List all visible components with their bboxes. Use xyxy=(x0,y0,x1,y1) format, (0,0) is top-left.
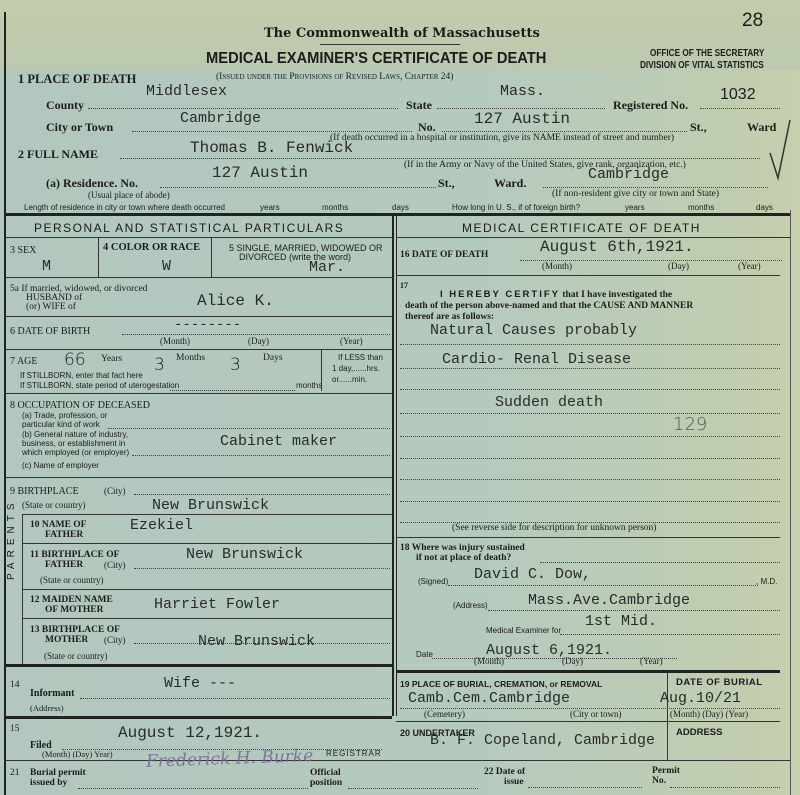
dod-day-sub: (Day) xyxy=(668,261,689,271)
burial-permit-number: 21 xyxy=(10,768,20,778)
street-value: 127 Austin xyxy=(474,110,570,128)
injury-label-2: if not at place of death? xyxy=(416,553,511,563)
city-town-sub: (City or town) xyxy=(570,709,622,719)
cert-date-label: Date xyxy=(416,650,433,659)
residence-st-label: St., xyxy=(438,176,455,191)
permit-line xyxy=(670,787,780,788)
cemetery-sub: (Cemetery) xyxy=(424,709,465,719)
mother-bp-label-2: MOTHER xyxy=(45,635,88,645)
residence-line xyxy=(160,187,436,188)
father-birthplace-value: New Brunswick xyxy=(186,546,303,563)
nonresident-note: (If non-resident give city or town and S… xyxy=(552,189,719,199)
occ-b-1: (b) General nature of industry, xyxy=(22,430,128,439)
less-than-2: 1 day,......hrs. xyxy=(332,364,380,373)
issue-date-label-2: issue xyxy=(504,777,524,787)
length-days: days xyxy=(392,203,409,212)
right-border xyxy=(790,210,791,795)
birthplace-line xyxy=(134,494,390,495)
certify-number: 17 xyxy=(400,281,408,290)
rule xyxy=(4,349,392,350)
cert-date-day-sub: (Day) xyxy=(562,656,583,666)
signed-value: David C. Dow, xyxy=(474,566,591,583)
state-value: Mass. xyxy=(500,83,545,100)
dob-day-sub: (Day) xyxy=(248,336,269,346)
us-months: months xyxy=(688,203,714,212)
informant-label: Informant xyxy=(30,688,74,699)
burial-date-sub: (Month) (Day) (Year) xyxy=(670,709,748,719)
injury-line xyxy=(540,562,780,563)
occ-b-3: which employed (or employer) xyxy=(22,448,129,457)
rule xyxy=(98,237,99,277)
page-number: 28 xyxy=(742,10,763,32)
cause-rule xyxy=(400,501,780,502)
mother-label-2: OF MOTHER xyxy=(45,605,104,615)
city-line xyxy=(132,131,412,132)
center-divider xyxy=(392,216,394,716)
filed-number: 15 xyxy=(10,724,20,734)
occ-c: (c) Name of employer xyxy=(22,461,99,470)
personal-section-title: PERSONAL AND STATISTICAL PARTICULARS xyxy=(34,221,344,235)
mother-bp-state-sub: (State or country) xyxy=(44,651,107,661)
sex-value: M xyxy=(42,258,51,275)
office-line-2: DIVISION OF VITAL STATISTICS xyxy=(640,60,764,71)
certify-line-1: I HEREBY CERTIFY that I have investigate… xyxy=(440,289,672,300)
father-bp-line xyxy=(134,568,390,569)
color-value: W xyxy=(162,258,171,275)
registered-line xyxy=(700,108,780,109)
cause-line-2: Cardio- Renal Disease xyxy=(442,351,631,368)
official-label-2: position xyxy=(310,778,342,788)
state-label: State xyxy=(406,98,432,113)
color-label: 4 COLOR OR RACE xyxy=(103,242,200,253)
county-label: County xyxy=(46,98,84,113)
injury-label-1: 18 Where was injury sustained xyxy=(400,543,525,553)
undertaker-value: B. F. Copeland, Cambridge xyxy=(430,732,655,749)
examiner-for-value: 1st Mid. xyxy=(585,613,657,630)
length-months: months xyxy=(322,203,348,212)
age-months-value: 3 xyxy=(154,355,165,375)
section-top-rule xyxy=(4,213,790,216)
birthplace-city-sub: (City) xyxy=(104,486,126,496)
burial-place-value: Camb.Cem.Cambridge xyxy=(408,690,570,707)
dod-month-sub: (Month) xyxy=(542,261,572,271)
burial-permit-line xyxy=(78,788,308,789)
address-line xyxy=(488,610,780,611)
full-name-label: 2 FULL NAME xyxy=(18,147,98,162)
rule xyxy=(4,393,392,394)
certify-bold: I HEREBY CERTIFY xyxy=(440,289,560,300)
father-bp-label-1: 11 BIRTHPLACE OF xyxy=(30,550,119,560)
certify-rest: that I have investigated the xyxy=(560,290,672,300)
residence-sub: (Usual place of abode) xyxy=(88,190,170,200)
spouse-label-3: (or) WIFE of xyxy=(26,302,76,312)
dob-value: -------- xyxy=(174,317,241,333)
rule xyxy=(4,477,392,478)
county-line xyxy=(88,108,398,109)
cert-date-value: August 6,1921. xyxy=(486,642,612,659)
residence-label: (a) Residence. No. xyxy=(46,176,138,191)
informant-number: 14 xyxy=(10,680,20,690)
rule xyxy=(211,237,212,277)
full-name-value: Thomas B. Fenwick xyxy=(190,139,353,157)
marital-value: Mar. xyxy=(309,259,345,276)
rule xyxy=(4,716,392,719)
left-border xyxy=(4,12,6,795)
birthplace-label: 9 BIRTHPLACE xyxy=(10,486,79,497)
rule xyxy=(396,670,780,673)
full-name-line xyxy=(120,158,760,159)
rule xyxy=(22,589,392,590)
father-label-1: 10 NAME OF xyxy=(30,520,86,530)
cert-date-month-sub: (Month) xyxy=(474,656,504,666)
res-city-line xyxy=(543,187,768,188)
certificate-subtitle: (Issued under the Provisions of Revised … xyxy=(216,72,453,82)
spouse-value: Alice K. xyxy=(197,292,274,310)
medical-section-title: MEDICAL CERTIFICATE OF DEATH xyxy=(462,221,701,235)
cause-rule xyxy=(400,458,780,459)
registered-number: 1032 xyxy=(720,86,756,104)
certificate-paper xyxy=(0,0,800,795)
length-residence-label: Length of residence in city or town wher… xyxy=(24,203,225,212)
center-divider-2 xyxy=(396,216,397,716)
rule xyxy=(4,237,392,238)
occ-a-1: (a) Trade, profession, or xyxy=(22,411,107,420)
informant-value: Wife --- xyxy=(164,675,236,692)
father-label-2: FATHER xyxy=(45,530,83,540)
mother-birthplace-value: New Brunswick xyxy=(198,633,315,650)
days-label: Days xyxy=(263,353,283,363)
official-label-1: Official xyxy=(310,768,341,778)
cause-line-3: Sudden death xyxy=(495,394,603,411)
permit-no-label-2: No. xyxy=(652,776,666,786)
cause-rule xyxy=(400,389,780,390)
less-than-1: If LESS than xyxy=(338,353,383,362)
occupation-value: Cabinet maker xyxy=(220,433,337,450)
commonwealth-heading: The Commonwealth of Massachusetts xyxy=(264,26,540,41)
residence-ward-label: Ward. xyxy=(494,176,526,191)
mother-bp-label-1: 13 BIRTHPLACE OF xyxy=(30,625,120,635)
dob-year-sub: (Year) xyxy=(340,336,363,346)
certify-line-2: death of the person above-named and that… xyxy=(405,301,693,311)
certificate-title: MEDICAL EXAMINER'S CERTIFICATE OF DEATH xyxy=(206,50,546,68)
dob-line xyxy=(122,334,390,335)
rule xyxy=(396,721,780,722)
birthplace-value: New Brunswick xyxy=(152,497,269,514)
mother-bp-city-sub: (City) xyxy=(104,635,126,645)
cert-date-year-sub: (Year) xyxy=(640,656,663,666)
informant-line xyxy=(80,698,390,699)
official-line xyxy=(348,788,478,789)
registrar-label: REGISTRAR xyxy=(326,749,382,758)
cause-rule xyxy=(400,344,780,345)
cause-rule xyxy=(400,436,780,437)
occ-a-2: particular kind of work xyxy=(22,420,100,429)
examiner-label: Medical Examiner for xyxy=(486,626,561,635)
stillborn-line-1: If STILLBORN, enter that fact here xyxy=(20,371,143,380)
age-label: 7 AGE xyxy=(10,356,38,367)
state-line xyxy=(437,108,605,109)
residence-city-value: Cambridge xyxy=(588,166,669,183)
registered-label: Registered No. xyxy=(613,98,688,113)
father-bp-state-sub: (State or country) xyxy=(40,575,103,585)
sex-label: 3 SEX xyxy=(10,245,36,256)
city-label: City or Town xyxy=(46,120,113,135)
mother-value: Harriet Fowler xyxy=(154,596,280,613)
cause-rule xyxy=(400,413,780,414)
date-of-death-label: 16 DATE OF DEATH xyxy=(400,250,488,260)
father-bp-city-sub: (City) xyxy=(104,560,126,570)
burial-permit-label-2: issued by xyxy=(30,778,67,788)
address-label: (Address) xyxy=(453,601,488,610)
dob-label: 6 DATE OF BIRTH xyxy=(10,326,90,337)
residence-value: 127 Austin xyxy=(212,164,308,182)
md-label: , M.D. xyxy=(756,577,777,586)
age-years-value: 66 xyxy=(64,350,86,370)
less-than-3: or......min. xyxy=(332,375,367,384)
burial-place-label: 19 PLACE OF BURIAL, CREMATION, or REMOVA… xyxy=(400,679,602,689)
rule xyxy=(396,275,780,276)
rule xyxy=(22,514,392,515)
examiner-line xyxy=(560,634,780,635)
rule xyxy=(22,618,392,619)
length-years: years xyxy=(260,203,280,212)
rule xyxy=(396,537,780,538)
reverse-side-note: (See reverse side for description for un… xyxy=(452,523,656,533)
header-rule xyxy=(320,44,460,45)
mother-label-1: 12 MAIDEN NAME xyxy=(30,595,113,605)
handwritten-note: 129 xyxy=(673,414,707,435)
stillborn-line-2: If STILLBORN, state period of uterogesta… xyxy=(20,381,179,390)
burial-permit-label-1: Burial permit xyxy=(30,768,86,778)
issue-date-label-1: 22 Date of xyxy=(484,767,525,777)
checkmark-icon xyxy=(768,118,792,182)
rule xyxy=(4,664,392,667)
city-value: Cambridge xyxy=(180,110,261,127)
occupation-label: 8 OCCUPATION OF DECEASED xyxy=(10,400,150,411)
birthplace-state-sub: (State or country) xyxy=(22,500,85,510)
parents-vertical-label: PARENTS xyxy=(6,499,17,581)
stillborn-line xyxy=(170,390,295,391)
us-length-label: How long in U. S., if of foreign birth? xyxy=(452,203,580,212)
father-bp-label-2: FATHER xyxy=(45,560,83,570)
signed-line xyxy=(448,585,758,586)
issue-line xyxy=(528,787,642,788)
us-years: years xyxy=(625,203,645,212)
cause-rule xyxy=(400,368,780,369)
cause-line-1: Natural Causes probably xyxy=(430,322,637,339)
rule xyxy=(667,673,668,760)
rule xyxy=(22,543,392,544)
age-days-value: 3 xyxy=(230,355,241,375)
father-value: Ezekiel xyxy=(130,517,193,534)
years-label: Years xyxy=(101,354,122,364)
filed-value: August 12,1921. xyxy=(118,724,262,742)
rule xyxy=(321,349,322,391)
dob-month-sub: (Month) xyxy=(160,336,190,346)
cause-rule xyxy=(400,479,780,480)
permit-no-label-1: Permit xyxy=(652,766,680,776)
county-value: Middlesex xyxy=(146,83,227,100)
signed-label: (Signed) xyxy=(418,577,448,586)
occ-b-2: business, or establishment in xyxy=(22,439,125,448)
stillborn-months: months xyxy=(296,381,322,390)
rule xyxy=(4,277,392,278)
rule xyxy=(4,760,790,761)
examiner-address-value: Mass.Ave.Cambridge xyxy=(528,592,690,609)
occ-a-line xyxy=(108,428,390,429)
street-st-label: St., xyxy=(690,120,707,135)
place-of-death-label: 1 PLACE OF DEATH xyxy=(18,72,136,87)
street-line xyxy=(442,131,687,132)
dod-year-sub: (Year) xyxy=(738,261,761,271)
burial-date-label: DATE OF BURIAL xyxy=(676,677,763,688)
filed-sub: (Month) (Day) Year) xyxy=(42,749,113,759)
undertaker-address-label: ADDRESS xyxy=(676,727,722,738)
months-label: Months xyxy=(176,353,205,363)
us-days: days xyxy=(756,203,773,212)
burial-date-value: Aug.10/21 xyxy=(660,690,741,707)
office-line-1: OFFICE OF THE SECRETARY xyxy=(650,48,764,59)
hospital-note: (If death occurred in a hospital or inst… xyxy=(330,133,674,143)
occ-b-line xyxy=(132,455,390,456)
informant-address-sub: (Address) xyxy=(30,703,64,713)
date-of-death-value: August 6th,1921. xyxy=(540,238,694,256)
certify-line-3: thereof are as follows: xyxy=(405,312,494,322)
